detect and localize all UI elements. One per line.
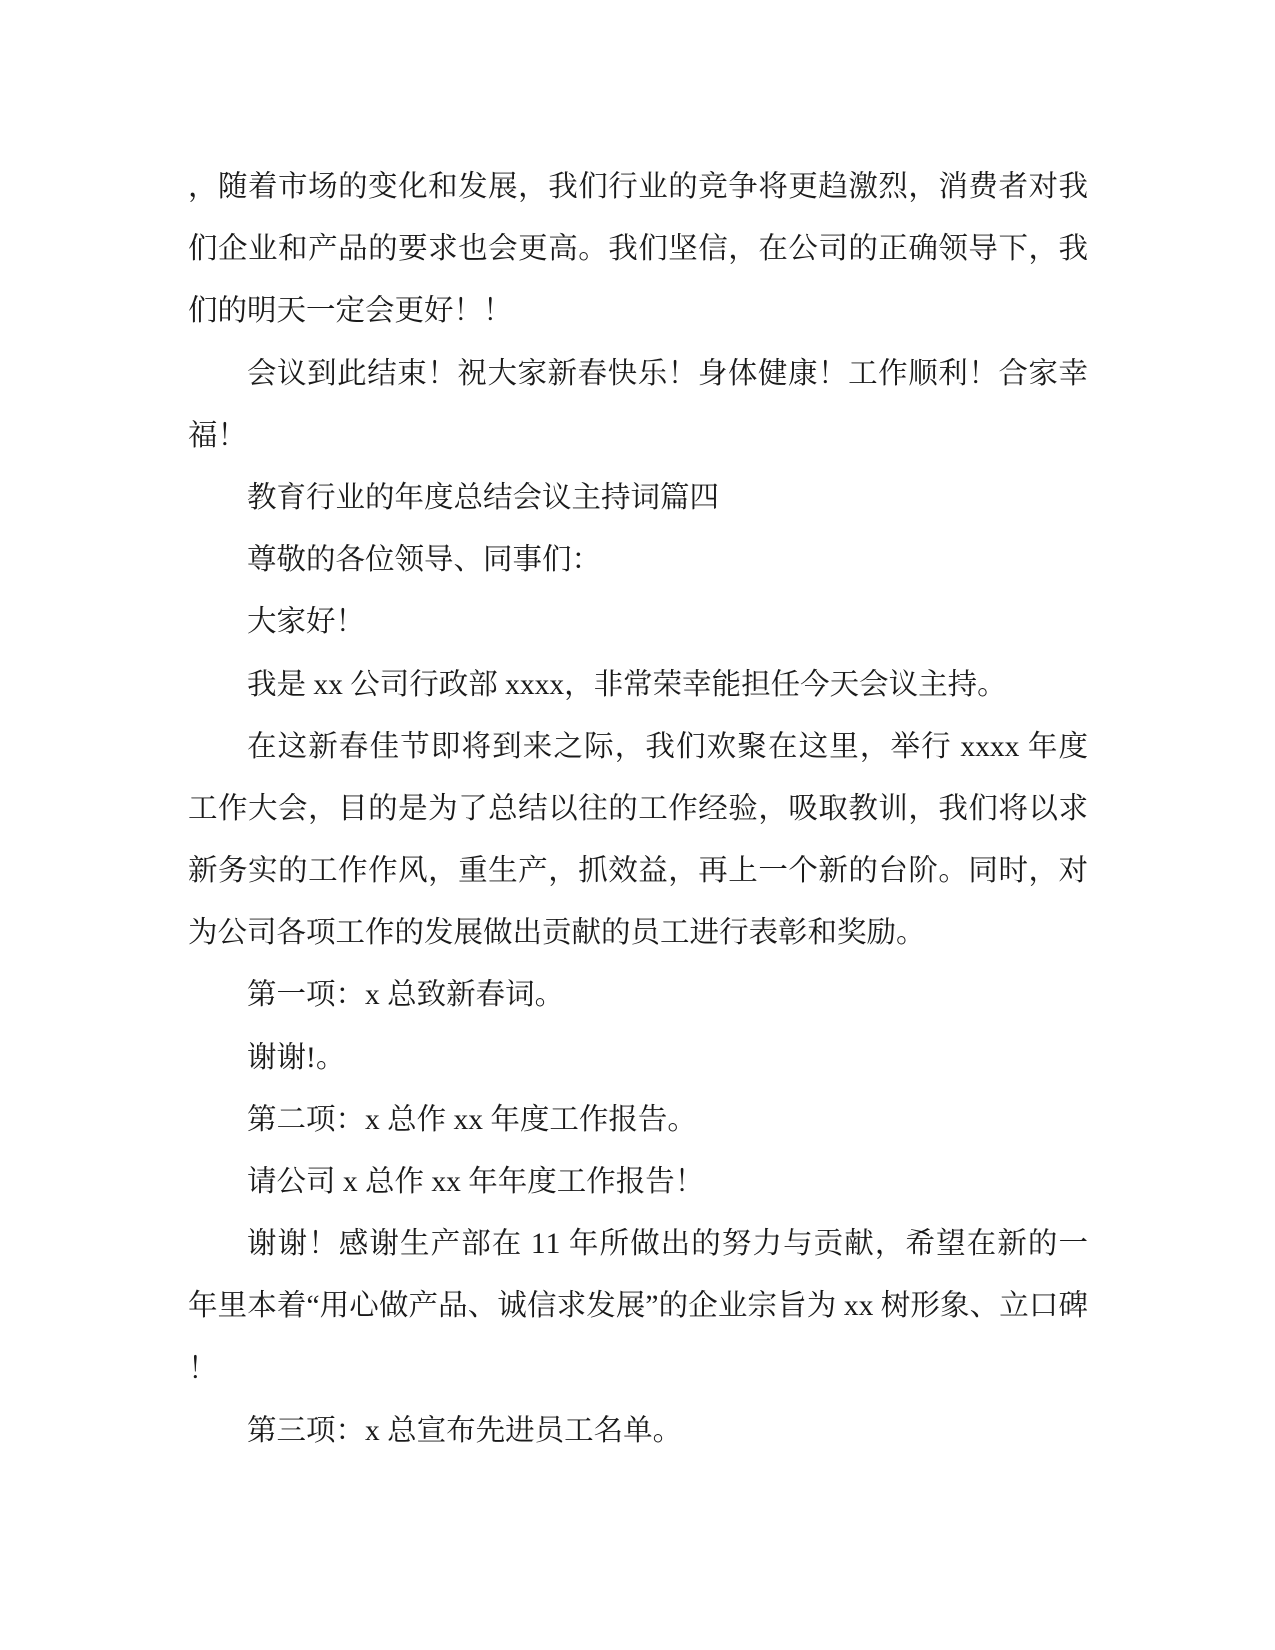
text-line: 新务实的工作作风，重生产，抓效益，再上一个新的台阶。同时，对	[188, 840, 1088, 902]
text-line: 我是 xx 公司行政部 xxxx，非常荣幸能担任今天会议主持。	[188, 654, 1088, 716]
text-line: 们的明天一定会更好！！	[188, 280, 1088, 342]
text-line: 第三项：x 总宣布先进员工名单。	[188, 1400, 1088, 1462]
text-line: 为公司各项工作的发展做出贡献的员工进行表彰和奖励。	[188, 902, 1088, 964]
document-body: ，随着市场的变化和发展，我们行业的竞争将更趋激烈，消费者对我们企业和产品的要求也…	[188, 156, 1088, 1462]
text-line: 尊敬的各位领导、同事们：	[188, 529, 1088, 591]
text-line: 谢谢!。	[188, 1027, 1088, 1089]
text-line: ！	[188, 1338, 1088, 1400]
text-line: 大家好！	[188, 591, 1088, 653]
text-line: 年里本着“用心做产品、诚信求发展”的企业宗旨为 xx 树形象、立口碑	[188, 1275, 1088, 1337]
text-line: 会议到此结束！祝大家新春快乐！身体健康！工作顺利！合家幸	[188, 343, 1088, 405]
text-line: 请公司 x 总作 xx 年年度工作报告！	[188, 1151, 1088, 1213]
text-line: 教育行业的年度总结会议主持词篇四	[188, 467, 1088, 529]
text-line: 们企业和产品的要求也会更高。我们坚信，在公司的正确领导下，我	[188, 218, 1088, 280]
text-line: 第一项：x 总致新春词。	[188, 964, 1088, 1026]
text-line: 在这新春佳节即将到来之际，我们欢聚在这里，举行 xxxx 年度	[188, 716, 1088, 778]
text-line: ，随着市场的变化和发展，我们行业的竞争将更趋激烈，消费者对我	[188, 156, 1088, 218]
text-line: 第二项：x 总作 xx 年度工作报告。	[188, 1089, 1088, 1151]
text-line: 工作大会，目的是为了总结以往的工作经验，吸取教训，我们将以求	[188, 778, 1088, 840]
text-line: 福！	[188, 405, 1088, 467]
document-page: ，随着市场的变化和发展，我们行业的竞争将更趋激烈，消费者对我们企业和产品的要求也…	[0, 0, 1275, 1650]
text-line: 谢谢！感谢生产部在 11 年所做出的努力与贡献，希望在新的一	[188, 1213, 1088, 1275]
